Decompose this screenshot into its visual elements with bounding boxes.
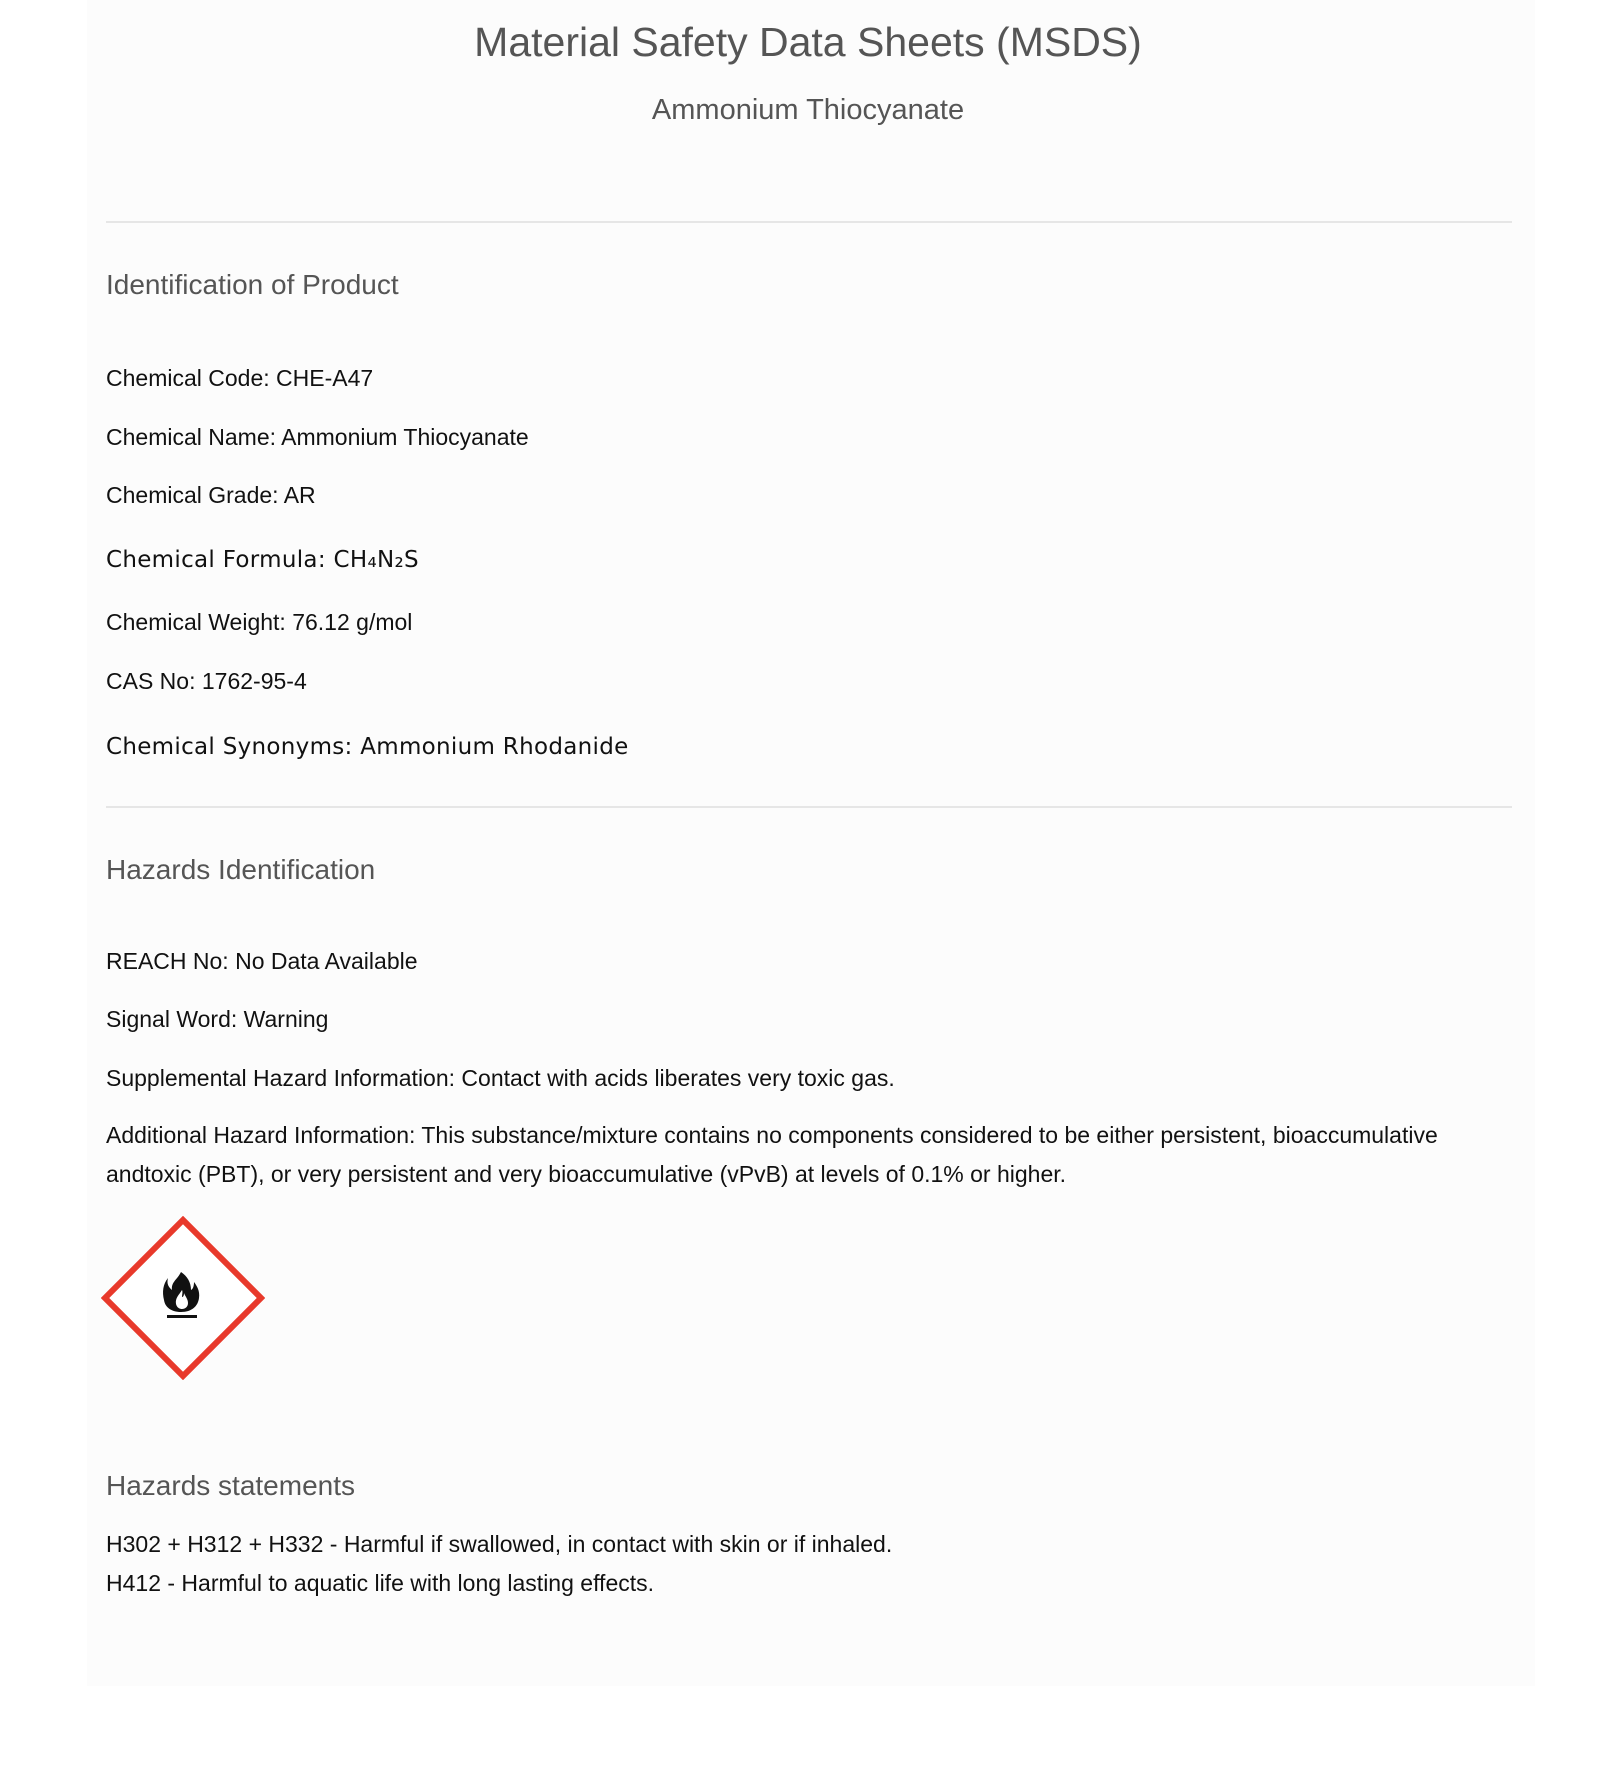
field-chemical-weight: Chemical Weight: 76.12 g/mol [106,608,412,636]
field-signal-word: Signal Word: Warning [106,1005,328,1033]
field-label: Chemical Code: [106,365,270,391]
hazard-statement: H412 - Harmful to aquatic life with long… [106,1569,654,1597]
page-title: Material Safety Data Sheets (MSDS) [0,18,1616,66]
section-heading-hazards: Hazards Identification [106,853,375,887]
ghs-flame-pictogram [101,1216,265,1380]
field-label: Chemical Name: [106,424,276,450]
field-reach-no: REACH No: No Data Available [106,947,418,975]
field-label: Signal Word: [106,1006,237,1032]
field-chemical-name: Chemical Name: Ammonium Thiocyanate [106,423,529,451]
field-value: CHE-A47 [276,365,373,391]
field-label: Additional Hazard Information: [106,1122,415,1148]
field-value: No Data Available [235,948,417,974]
section-heading-identification: Identification of Product [106,268,399,302]
hazard-statement: H302 + H312 + H332 - Harmful if swallowe… [106,1530,892,1558]
document-panel [87,0,1535,1686]
field-label: Chemical Grade: [106,482,279,508]
field-value: Ammonium Thiocyanate [281,424,529,450]
field-label: Chemical Formula: [106,547,326,573]
field-chemical-grade: Chemical Grade: AR [106,481,316,509]
field-value: Ammonium Rhodanide [360,734,628,760]
field-value: Contact with acids liberates very toxic … [461,1065,894,1091]
divider [106,806,1512,808]
field-value: Warning [244,1006,329,1032]
field-value: 1762-95-4 [202,668,307,694]
field-value: CH₄N₂S [334,547,419,573]
field-chemical-code: Chemical Code: CHE-A47 [106,364,373,392]
divider [106,221,1512,223]
field-chemical-formula: Chemical Formula: CH₄N₂S [106,546,419,574]
field-label: Chemical Synonyms: [106,734,353,760]
field-label: Chemical Weight: [106,609,286,635]
page-subtitle: Ammonium Thiocyanate [0,93,1616,127]
field-label: Supplemental Hazard Information: [106,1065,455,1091]
field-chemical-synonyms: Chemical Synonyms: Ammonium Rhodanide [106,733,629,761]
field-label: CAS No: [106,668,195,694]
section-heading-statements: Hazards statements [106,1469,355,1503]
field-cas-no: CAS No: 1762-95-4 [106,667,307,695]
field-supplemental-hazard: Supplemental Hazard Information: Contact… [106,1064,895,1092]
field-label: REACH No: [106,948,229,974]
field-value: AR [284,482,316,508]
field-value: 76.12 g/mol [292,609,412,635]
field-additional-hazard: Additional Hazard Information: This subs… [106,1116,1526,1194]
